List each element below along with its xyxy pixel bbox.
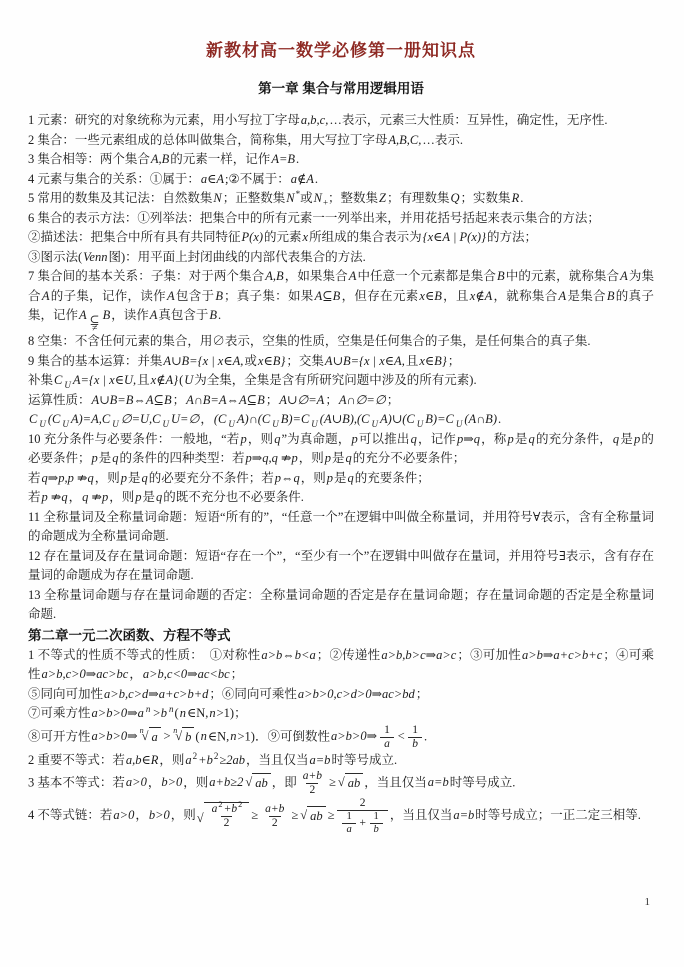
proper-subset-symbol: ⊆≠ xyxy=(90,316,100,332)
ch2-item-1-power: ⑦可乘方性a>b>0⇒an>bn(n∈N,n>1)； xyxy=(28,704,654,724)
page-number: 1 xyxy=(645,896,651,908)
ch2-item-3-basic-inequality: 3 基本不等式：若a>0，b>0，则a+b≥2√ab，即a+b2≥√ab，当且仅… xyxy=(28,770,654,797)
radical: n√b xyxy=(173,727,194,748)
item-9-properties: 运算性质：A∪B=B⇔A⊆B；A∩B=A⇔A⊆B；A∪∅=A；A∩∅=∅； xyxy=(28,391,654,411)
item-9-operations: 9 集合的基本运算：并集A∪B={x | x∈A,或x∈B}；交集A∪B={x … xyxy=(28,352,654,372)
radical: √a2+b22 xyxy=(197,802,249,830)
radical: √ab xyxy=(338,773,363,794)
document-body: 1 元素：研究的对象统称为元素，用小写拉丁字母a,b,c,…表示，元素三大性质：… xyxy=(28,111,654,835)
item-2-set: 2 集合：一些元素组成的总体叫做集合，简称集，用大写拉丁字母A,B,C,…表示. xyxy=(28,131,654,151)
item-6-description: ②描述法：把集合中所有具有共同特征P(x)的元素x所组成的集合表示为{x∈A |… xyxy=(28,228,654,248)
fraction: 21a+1b xyxy=(337,797,387,836)
item-6-venn: ③图示法(Venn图)：用平面上封闭曲线的内部代表集合的方法. xyxy=(28,248,654,268)
item-8-empty-set: 8 空集：不含任何元素的集合，用∅表示，空集的性质，空集是任何集合的子集，是任何… xyxy=(28,332,654,352)
fraction: 1b xyxy=(370,811,383,836)
item-7-subset: 7 集合间的基本关系：子集：对于两个集合A,B，如果集合A中任意一个元素都是集合… xyxy=(28,267,654,332)
item-4-membership: 4 元素与集合的关系：①属于：a∈A;②不属于：a∉A. xyxy=(28,170,654,190)
fraction: a+b2 xyxy=(299,770,326,797)
ch2-item-2-important-inequality: 2 重要不等式：若a,b∈R，则a2+b2≥2ab，当且仅当a=b时等号成立. xyxy=(28,751,654,771)
item-1-element: 1 元素：研究的对象统称为元素，用小写拉丁字母a,b,c,…表示，元素三大性质：… xyxy=(28,111,654,131)
chapter-2-heading: 第二章一元二次函数、方程不等式 xyxy=(28,625,654,646)
item-11-universal-quantifier: 11 全称量词及全称量词命题：短语“所有的”，“任意一个”在逻辑中叫做全称量词，… xyxy=(28,508,654,547)
fraction: 1a xyxy=(380,724,394,751)
fraction: a+b2 xyxy=(261,803,288,830)
fraction: 1a xyxy=(342,811,355,836)
item-13-negation: 13 全称量词命题与存在量词命题的否定：全称量词命题的否定是存在量词命题；存在量… xyxy=(28,586,654,625)
document-page: 新教材高一数学必修第一册知识点 第一章 集合与常用逻辑用语 1 元素：研究的对象… xyxy=(0,0,684,967)
item-10-neither: 若p ⇏q，q ⇏p，则p是q的既不充分也不必要条件. xyxy=(28,488,654,508)
fraction: a2+b22 xyxy=(208,803,246,830)
item-10-necessary: 若q⇒p,p ⇏q，则p是q的必要充分不条件；若p⇔q，则p是q的充要条件； xyxy=(28,469,654,489)
radical: √ab xyxy=(245,773,270,794)
item-12-existential-quantifier: 12 存在量词及存在量词命题：短语“存在一个”，“至少有一个”在逻辑中叫做存在量… xyxy=(28,547,654,586)
radical: n√a xyxy=(140,727,161,748)
item-3-set-equal: 3 集合相等：两个集合A,B的元素一样，记作A=B. xyxy=(28,150,654,170)
radical: √ab xyxy=(300,806,325,827)
item-6-representation: 6 集合的表示方法：①列举法：把集合中的所有元素一一列举出来，并用花括号括起来表… xyxy=(28,209,654,229)
item-9-complement-laws: CU(CUA)=A,CU∅=U,CUU=∅，(CUA)∩(CUB)=CU(A∪B… xyxy=(28,410,654,430)
chapter-1-heading: 第一章 集合与常用逻辑用语 xyxy=(28,77,654,97)
ch2-item-1-root-reciprocal: ⑧可开方性a>b>0⇒n√a>n√b(n∈N,n>1)．⑨可倒数性a>b>0⇒1… xyxy=(28,724,654,751)
item-10-conditions: 10 充分条件与必要条件：一般地，“若p，则q”为真命题，p可以推出q，记作p⇒… xyxy=(28,430,654,469)
ch2-item-1-additivity: ⑤同向可加性a>b,c>d⇒a+c>b+d；⑥同向可乘性a>b>0,c>d>0⇒… xyxy=(28,685,654,705)
ch2-item-1-properties: 1 不等式的性质不等式的性质： ①对称性a>b⇔b<a；②传递性a>b,b>c⇒… xyxy=(28,646,654,685)
page-title: 新教材高一数学必修第一册知识点 xyxy=(28,36,654,61)
fraction: 1b xyxy=(408,724,422,751)
ch2-item-4-inequality-chain: 4 不等式链：若a>0，b>0，则√a2+b22≥a+b2≥√ab≥21a+1b… xyxy=(28,797,654,836)
item-5-number-sets: 5 常用的数集及其记法：自然数集N；正整数集N*或N+；整数集Z；有理数集Q；实… xyxy=(28,189,654,209)
item-9-complement: 补集CUA={x | x∈U,且x∉A}(U为全集，全集是含有所研究问题中涉及的… xyxy=(28,371,654,391)
